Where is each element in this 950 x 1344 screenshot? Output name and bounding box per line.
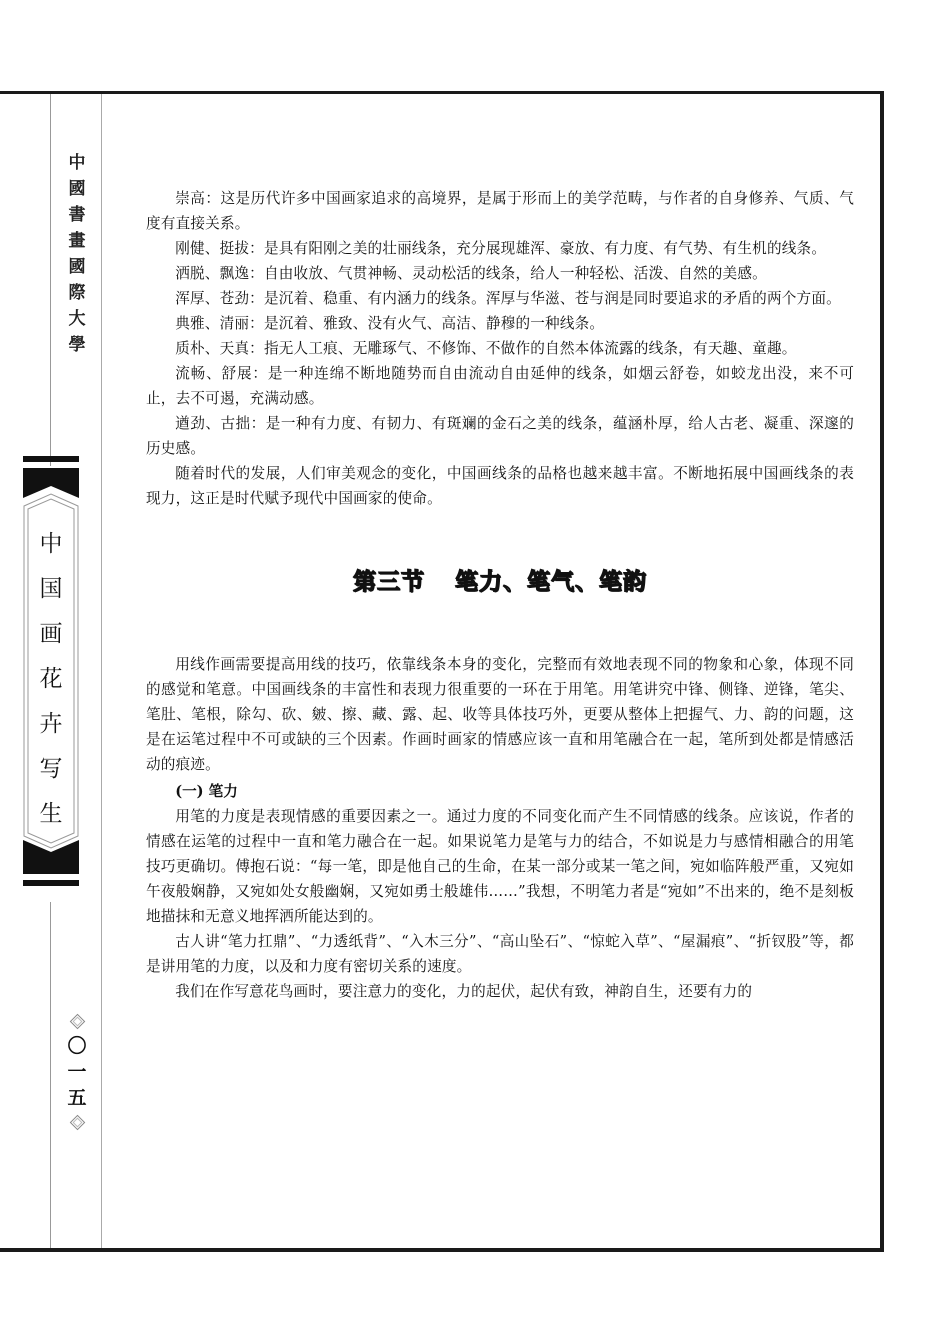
page-digit: 〇: [67, 1033, 86, 1059]
title-char: 写: [40, 747, 63, 792]
margin-rule-upper: [50, 94, 51, 466]
book-title-vertical: 中 国 画 花 卉 写 生: [23, 522, 79, 837]
diamond-icon: [69, 1014, 85, 1030]
diamond-icon: [69, 1115, 85, 1131]
school-char: 中: [69, 150, 86, 176]
page-frame-right: [880, 91, 884, 1252]
school-char: 際: [69, 280, 86, 306]
school-char: 書: [69, 202, 86, 228]
title-char: 画: [40, 612, 63, 657]
paragraph: 刚健、挺拔：是具有阳刚之美的壮丽线条，充分展现雄浑、豪放、有力度、有气势、有生机…: [146, 236, 854, 261]
paragraph: 典雅、清丽：是沉着、雅致、没有火气、高洁、静穆的一种线条。: [146, 311, 854, 336]
margin-rule-lower: [50, 902, 51, 1248]
paragraph: 流畅、舒展：是一种连绵不断地随势而自由流动自由延伸的线条，如烟云舒卷，如蛟龙出没…: [146, 361, 854, 411]
page-body: 崇高：这是历代许多中国画家追求的高境界，是属于形而上的美学范畴，与作者的自身修养…: [146, 186, 854, 1004]
paragraph: 质朴、天真：指无人工痕、无雕琢气、不修饰、不做作的自然本体流露的线条，有天趣、童…: [146, 336, 854, 361]
paragraph: 浑厚、苍劲：是沉着、稳重、有内涵力的线条。浑厚与华滋、苍与润是同时要追求的矛盾的…: [146, 286, 854, 311]
paragraph: 洒脱、飘逸：自由收放、气贯神畅、灵动松活的线条，给人一种轻松、活泼、自然的美感。: [146, 261, 854, 286]
paragraph: 用笔的力度是表现情感的重要因素之一。通过力度的不同变化而产生不同情感的线条。应该…: [146, 804, 854, 929]
paragraph: 遒劲、古拙：是一种有力度、有韧力、有斑斓的金石之美的线条，蕴涵朴厚，给人古老、凝…: [146, 411, 854, 461]
page-digit: 五: [67, 1085, 86, 1111]
section-title: 笔力、笔气、笔韵: [455, 569, 647, 595]
paragraph: 古人讲“笔力扛鼎”、“力透纸背”、“入木三分”、“高山坠石”、“惊蛇入草”、“屋…: [146, 929, 854, 979]
intro-paragraph: 用线作画需要提高用线的技巧，依靠线条本身的变化，完整而有效地表现不同的物象和心象…: [146, 652, 854, 777]
title-char: 卉: [40, 702, 63, 747]
school-char: 畫: [69, 228, 86, 254]
subsection-heading: (一) 笔力: [146, 779, 854, 804]
school-char: 國: [69, 176, 86, 202]
page-frame-top: [0, 91, 884, 94]
paragraph: 我们在作写意花鸟画时，要注意力的变化，力的起伏，起伏有致，神韵自生，还要有力的: [146, 979, 854, 1004]
section-number: 第三节: [353, 569, 425, 595]
title-char: 中: [40, 522, 63, 567]
title-char: 国: [40, 567, 63, 612]
school-char: 學: [69, 332, 86, 358]
school-name-vertical: 中 國 書 畫 國 際 大 學: [62, 150, 92, 358]
page-frame-bottom: [0, 1248, 884, 1252]
book-title-banner: 中 国 画 花 卉 写 生: [23, 456, 79, 888]
title-char: 生: [40, 792, 63, 837]
paragraph: 随着时代的发展，人们审美观念的变化，中国画线条的品格也越来越丰富。不断地拓展中国…: [146, 461, 854, 511]
school-char: 國: [69, 254, 86, 280]
title-char: 花: [40, 657, 63, 702]
page-digit: 一: [67, 1059, 86, 1085]
margin-rule-inner: [101, 94, 102, 1248]
section-heading: 第三节笔力、笔气、笔韵: [146, 563, 854, 596]
page-number: 〇 一 五: [62, 1010, 92, 1134]
school-char: 大: [69, 306, 86, 332]
paragraph: 崇高：这是历代许多中国画家追求的高境界，是属于形而上的美学范畴，与作者的自身修养…: [146, 186, 854, 236]
